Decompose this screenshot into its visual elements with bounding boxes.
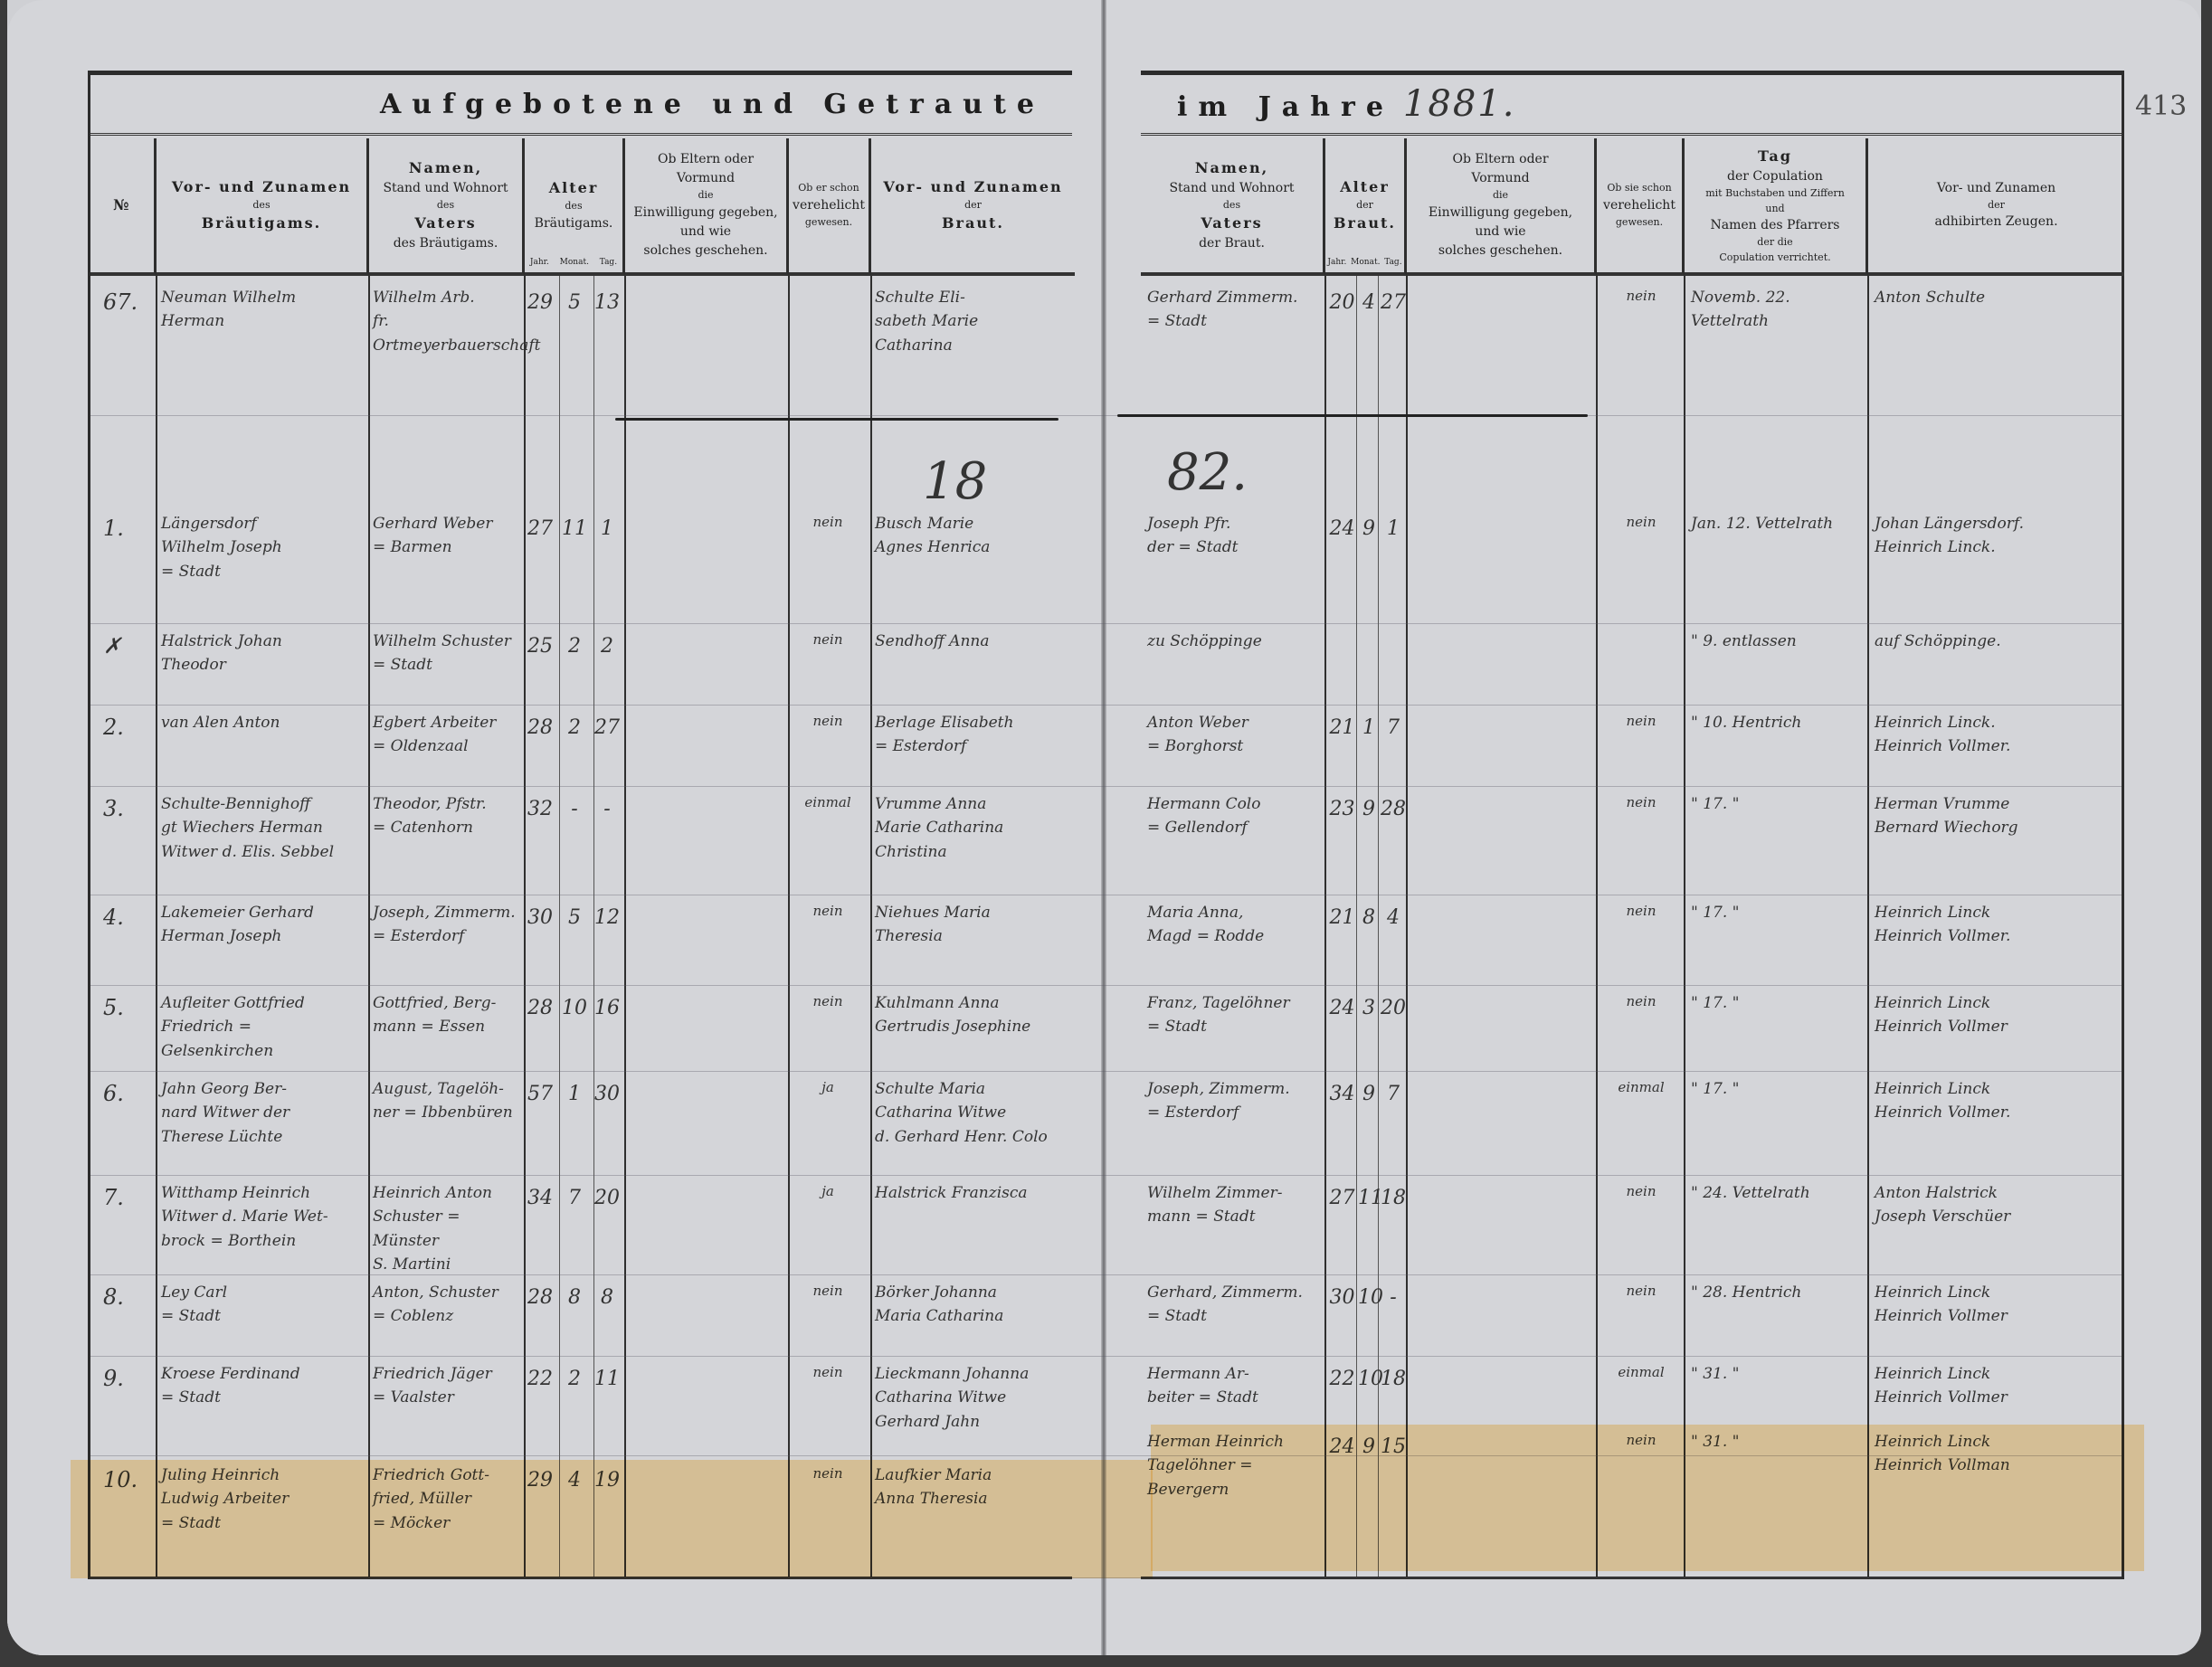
bride-age-years: 20	[1326, 280, 1358, 416]
bride-age-years: 23	[1326, 787, 1358, 895]
bride-age-months: 11	[1358, 1176, 1380, 1275]
bride-age-years: 24	[1326, 986, 1358, 1072]
copulation-date: " 24. Vettelrath	[1685, 1176, 1868, 1275]
groom-father: Wilhelm Arb. fr. Ortmeyerbauerschaft	[367, 280, 521, 416]
groom-age-days: 20	[592, 1176, 622, 1275]
page-title-left: Aufgebotene und Getraute	[380, 89, 1045, 120]
bride-age-months: 8	[1358, 895, 1380, 986]
bride-married-before: nein	[1598, 1176, 1685, 1275]
groom-age-months: 2	[557, 1357, 592, 1456]
copulation-date: " 9. entlassen	[1685, 624, 1868, 706]
bride-age-years: 21	[1326, 895, 1358, 986]
age-subheaders: Jahr. Monat. Tag.	[525, 257, 622, 270]
groom-name: Witthamp Heinrich Witwer d. Marie Wet- b…	[156, 1176, 366, 1275]
bride-married-before: nein	[1598, 1275, 1685, 1357]
copulation-date: " 28. Hentrich	[1685, 1275, 1868, 1357]
witnesses: auf Schöppinge.	[1869, 624, 2122, 706]
bride-married-before: nein	[1598, 895, 1685, 986]
bride-name: Sendhoff Anna	[869, 624, 1070, 706]
groom-married-before	[787, 280, 869, 416]
entry-number: 5.	[90, 986, 156, 1072]
groom-age-days: 12	[592, 895, 622, 986]
bride-age-months: 9	[1358, 1072, 1380, 1176]
bride-married-before	[1598, 624, 1685, 706]
groom-father: Egbert Arbeiter = Oldenzaal	[367, 706, 521, 787]
witnesses: Heinrich Linck Heinrich Vollmer.	[1869, 895, 2122, 986]
groom-married-before: nein	[787, 1357, 869, 1456]
year-end-line-left	[615, 418, 1059, 421]
groom-name: van Alen Anton	[156, 706, 366, 787]
bride-married-before: einmal	[1598, 1072, 1685, 1176]
bride-name: Kuhlmann Anna Gertrudis Josephine	[869, 986, 1070, 1072]
bride-married-before: nein	[1598, 706, 1685, 787]
bride-father: Hermann Colo = Gellendorf	[1142, 787, 1324, 895]
header-bride-name: Vor- und Zunamen der Braut.	[871, 138, 1075, 276]
groom-name: Schulte-Bennighoff gt Wiechers Herman Wi…	[156, 787, 366, 895]
groom-father: August, Tagelöh- ner = Ibbenbüren	[367, 1072, 521, 1176]
witnesses: Anton Schulte	[1869, 280, 2122, 416]
bride-age-months: 10	[1358, 1275, 1380, 1357]
entry-number: ✗	[90, 624, 156, 706]
entry-number: 2.	[90, 706, 156, 787]
bride-age-days	[1380, 624, 1407, 706]
groom-age-days: 13	[592, 280, 622, 416]
bride-age-years: 34	[1326, 1072, 1358, 1176]
bride-name: Börker Johanna Maria Catharina	[869, 1275, 1070, 1357]
groom-age-years: 25	[523, 624, 557, 706]
groom-married-before: nein	[787, 706, 869, 787]
groom-age-years: 28	[523, 706, 557, 787]
copulation-date: " 17. "	[1685, 787, 1868, 895]
highlight-row-10-left	[71, 1460, 1153, 1578]
entry-number: 8.	[90, 1275, 156, 1357]
header-groom-father: Namen, Stand und Wohnort des Vaters des …	[369, 138, 525, 276]
bride-age-days: 18	[1380, 1176, 1407, 1275]
highlight-row-10-right	[1151, 1425, 2144, 1571]
groom-age-years: 28	[523, 1275, 557, 1357]
page-number: 413	[2135, 90, 2187, 122]
header-consent-bride: Ob Eltern oder Vormund die Einwilligung …	[1407, 138, 1597, 276]
bride-father: zu Schöppinge	[1142, 624, 1324, 706]
groom-age-years: 57	[523, 1072, 557, 1176]
bride-age-months: 9	[1358, 787, 1380, 895]
groom-age-months: 2	[557, 624, 592, 706]
witnesses: Heinrich Linck. Heinrich Vollmer.	[1869, 706, 2122, 787]
entry-number: 1.	[90, 507, 156, 624]
groom-age-days: 16	[592, 986, 622, 1072]
bride-married-before: nein	[1598, 280, 1685, 416]
groom-name: Lakemeier Gerhard Herman Joseph	[156, 895, 366, 986]
groom-married-before: nein	[787, 1275, 869, 1357]
bride-father: Franz, Tagelöhner = Stadt	[1142, 986, 1324, 1072]
entry-number: 3.	[90, 787, 156, 895]
groom-married-before: einmal	[787, 787, 869, 895]
copulation-date: " 17. "	[1685, 986, 1868, 1072]
header-consent: Ob Eltern oder Vormund die Einwilligung …	[625, 138, 789, 276]
groom-name: Kroese Ferdinand = Stadt	[156, 1357, 366, 1456]
header-copulation: Tag der Copulation mit Buchstaben und Zi…	[1685, 138, 1868, 276]
groom-father: Gottfried, Berg- mann = Essen	[367, 986, 521, 1072]
groom-name: Halstrick Johan Theodor	[156, 624, 366, 706]
groom-father: Anton, Schuster = Coblenz	[367, 1275, 521, 1357]
groom-age-years: 29	[523, 280, 557, 416]
groom-age-days: 2	[592, 624, 622, 706]
bride-age-years	[1326, 624, 1358, 706]
bride-age-days: 4	[1380, 895, 1407, 986]
header-witnesses: Vor- und Zunamen der adhibirten Zeugen.	[1868, 138, 2124, 276]
groom-age-years: 22	[523, 1357, 557, 1456]
age-subheaders: Jahr. Monat. Tag.	[1325, 257, 1404, 270]
left-title-band: Aufgebotene und Getraute	[90, 75, 1072, 136]
bride-age-months: 9	[1358, 507, 1380, 624]
groom-age-days: 11	[592, 1357, 622, 1456]
bride-age-months	[1358, 624, 1380, 706]
groom-married-before: nein	[787, 895, 869, 986]
bride-name: Vrumme Anna Marie Catharina Christina	[869, 787, 1070, 895]
groom-age-years: 28	[523, 986, 557, 1072]
bride-father: Anton Weber = Borghorst	[1142, 706, 1324, 787]
header-number: №	[90, 138, 157, 276]
bride-age-days: 1	[1380, 507, 1407, 624]
witnesses: Heinrich Linck Heinrich Vollmer	[1869, 986, 2122, 1072]
bride-age-years: 27	[1326, 1176, 1358, 1275]
handwritten-year: 1881.	[1403, 83, 1516, 125]
bride-married-before: nein	[1598, 986, 1685, 1072]
header-groom-age: Alter des Bräutigams. Jahr. Monat. Tag.	[525, 138, 625, 276]
groom-father: Friedrich Jäger = Vaalster	[367, 1357, 521, 1456]
bride-married-before: nein	[1598, 787, 1685, 895]
groom-age-days: 27	[592, 706, 622, 787]
witnesses: Heinrich Linck Heinrich Vollmer.	[1869, 1072, 2122, 1176]
header-groom-name: Vor- und Zunamen des Bräutigams.	[157, 138, 369, 276]
groom-age-days: 30	[592, 1072, 622, 1176]
bride-married-before: nein	[1598, 507, 1685, 624]
header-groom-married-before: Ob er schon verehelicht gewesen.	[789, 138, 871, 276]
bride-name: Lieckmann Johanna Catharina Witwe Gerhar…	[869, 1357, 1070, 1456]
groom-age-months: 2	[557, 706, 592, 787]
header-bride-married-before: Ob sie schon verehelicht gewesen.	[1597, 138, 1685, 276]
bride-age-months: 3	[1358, 986, 1380, 1072]
header-bride-age: Alter der Braut. Jahr. Monat. Tag.	[1325, 138, 1407, 276]
groom-age-days: 1	[592, 507, 622, 624]
bride-father: Gerhard, Zimmerm. = Stadt	[1142, 1275, 1324, 1357]
groom-name: Längersdorf Wilhelm Joseph = Stadt	[156, 507, 366, 624]
entry-number: 4.	[90, 895, 156, 986]
witnesses: Anton Halstrick Joseph Verschüer	[1869, 1176, 2122, 1275]
groom-father: Gerhard Weber = Barmen	[367, 507, 521, 624]
header-bride-father: Namen, Stand und Wohnort des Vaters der …	[1141, 138, 1325, 276]
witnesses: Johan Längersdorf. Heinrich Linck.	[1869, 507, 2122, 624]
groom-age-months: 1	[557, 1072, 592, 1176]
copulation-date: " 17. "	[1685, 895, 1868, 986]
bride-name: Schulte Maria Catharina Witwe d. Gerhard…	[869, 1072, 1070, 1176]
groom-father: Theodor, Pfstr. = Catenhorn	[367, 787, 521, 895]
groom-name: Neuman Wilhelm Herman	[156, 280, 366, 416]
bride-age-years: 24	[1326, 507, 1358, 624]
entry-number: 9.	[90, 1357, 156, 1456]
groom-married-before: ja	[787, 1176, 869, 1275]
entry-number: 7.	[90, 1176, 156, 1275]
bride-age-days: 7	[1380, 1072, 1407, 1176]
groom-age-months: 7	[557, 1176, 592, 1275]
bride-age-months: 1	[1358, 706, 1380, 787]
copulation-date: " 10. Hentrich	[1685, 706, 1868, 787]
groom-age-months: 8	[557, 1275, 592, 1357]
bride-father: Maria Anna, Magd = Rodde	[1142, 895, 1324, 986]
groom-age-months: 5	[557, 280, 592, 416]
groom-age-years: 27	[523, 507, 557, 624]
right-title-band: im Jahre 1881.	[1141, 75, 2122, 136]
entry-number: 6.	[90, 1072, 156, 1176]
groom-married-before: ja	[787, 1072, 869, 1176]
bride-name: Busch Marie Agnes Henrica	[869, 507, 1070, 624]
groom-age-years: 34	[523, 1176, 557, 1275]
groom-married-before: nein	[787, 986, 869, 1072]
page-title-right: im Jahre 1881.	[1177, 83, 1515, 125]
groom-married-before: nein	[787, 624, 869, 706]
year-end-line-right	[1117, 414, 1588, 417]
bride-age-days: 28	[1380, 787, 1407, 895]
groom-name: Jahn Georg Ber- nard Witwer der Therese …	[156, 1072, 366, 1176]
witnesses: Heinrich Linck Heinrich Vollmer	[1869, 1275, 2122, 1357]
groom-age-months: 10	[557, 986, 592, 1072]
bride-name: Niehues Maria Theresia	[869, 895, 1070, 986]
groom-age-months: 5	[557, 895, 592, 986]
bride-age-days: 7	[1380, 706, 1407, 787]
bride-age-months: 4	[1358, 280, 1380, 416]
bride-father: Wilhelm Zimmer- mann = Stadt	[1142, 1176, 1324, 1275]
groom-father: Wilhelm Schuster = Stadt	[367, 624, 521, 706]
groom-age-years: 30	[523, 895, 557, 986]
bride-age-days: 27	[1380, 280, 1407, 416]
groom-age-days: -	[592, 787, 622, 895]
year-mark-right: 82.	[1167, 443, 1248, 502]
year-mark-left: 18	[923, 452, 987, 511]
groom-name: Ley Carl = Stadt	[156, 1275, 366, 1357]
groom-father: Heinrich Anton Schuster = Münster S. Mar…	[367, 1176, 521, 1275]
groom-father: Joseph, Zimmerm. = Esterdorf	[367, 895, 521, 986]
copulation-date: Novemb. 22. Vettelrath	[1685, 280, 1868, 416]
groom-age-years: 32	[523, 787, 557, 895]
bride-father: Gerhard Zimmerm. = Stadt	[1142, 280, 1324, 416]
bride-name: Berlage Elisabeth = Esterdorf	[869, 706, 1070, 787]
bride-name: Halstrick Franzisca	[869, 1176, 1070, 1275]
groom-age-months: 11	[557, 507, 592, 624]
groom-name: Aufleiter Gottfried Friedrich = Gelsenki…	[156, 986, 366, 1072]
bride-age-days: -	[1380, 1275, 1407, 1357]
groom-age-days: 8	[592, 1275, 622, 1357]
entry-number: 67.	[90, 280, 156, 416]
witnesses: Herman Vrumme Bernard Wiechorg	[1869, 787, 2122, 895]
bride-name: Schulte Eli- sabeth Marie Catharina	[869, 280, 1070, 416]
groom-age-months: -	[557, 787, 592, 895]
bride-father: Joseph, Zimmerm. = Esterdorf	[1142, 1072, 1324, 1176]
bride-age-days: 20	[1380, 986, 1407, 1072]
groom-married-before: nein	[787, 507, 869, 624]
copulation-date: Jan. 12. Vettelrath	[1685, 507, 1868, 624]
bride-age-years: 30	[1326, 1275, 1358, 1357]
copulation-date: " 17. "	[1685, 1072, 1868, 1176]
bride-father: Joseph Pfr. der = Stadt	[1142, 507, 1324, 624]
bride-age-years: 21	[1326, 706, 1358, 787]
